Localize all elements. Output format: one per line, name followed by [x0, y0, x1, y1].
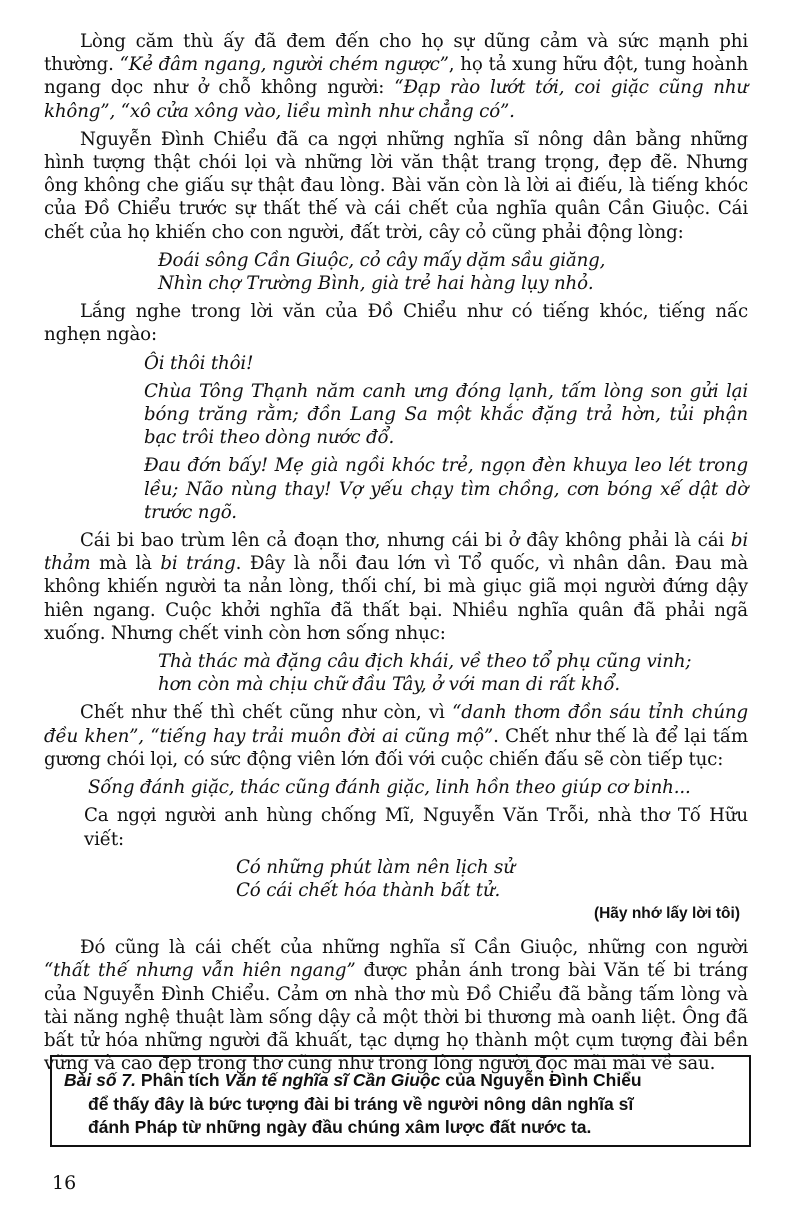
- quote: “Kẻ đâm ngang, người chém ngược”: [120, 54, 449, 75]
- emphasis: bi tráng: [160, 553, 235, 574]
- text: Phân tích: [136, 1070, 224, 1090]
- exercise-line-3: đánh Pháp từ những ngày đầu chúng xâm lư…: [88, 1116, 735, 1140]
- paragraph-5: Chết như thế thì chết cũng như còn, vì “…: [44, 701, 748, 771]
- paragraph-4: Cái bi bao trùm lên cả đoạn thơ, nhưng c…: [44, 529, 748, 645]
- paragraph-3: Lắng nghe trong lời văn của Đồ Chiểu như…: [44, 300, 748, 346]
- exercise-line-2: để thấy đây là bức tượng đài bi tráng về…: [88, 1093, 735, 1117]
- verse-line: Đoái sông Cần Giuộc, cỏ cây mấy dặm sầu …: [158, 249, 748, 272]
- verse-to-huu: Có những phút làm nên lịch sử Có cái chế…: [236, 856, 748, 902]
- verse-song-danh-giac: Sống đánh giặc, thác cũng đánh giặc, lin…: [88, 776, 748, 799]
- verse-line: Thà thác mà đặng câu địch khái, về theo …: [158, 650, 748, 673]
- page-number: 16: [52, 1172, 76, 1194]
- quote: “thất thế nhưng vẫn hiên ngang”: [44, 960, 356, 981]
- exercise-line-1: Bài số 7. Phân tích Văn tế nghĩa sĩ Cần …: [64, 1069, 735, 1093]
- quote-line: Đau đớn bấy! Mẹ già ngồi khóc trẻ, ngọn …: [144, 454, 748, 524]
- verse-cangiuoc: Đoái sông Cần Giuộc, cỏ cây mấy dặm sầu …: [158, 249, 748, 295]
- exercise-label: Bài số 7.: [64, 1070, 136, 1090]
- page-body: Lòng căm thù ấy đã đem đến cho họ sự dũn…: [44, 30, 748, 1080]
- text: của Nguyễn Đình Chiểu: [440, 1070, 641, 1090]
- exercise-box: Bài số 7. Phân tích Văn tế nghĩa sĩ Cần …: [50, 1055, 751, 1147]
- verse-line: hơn còn mà chịu chữ đầu Tây, ở với man d…: [158, 673, 748, 696]
- text: Cái bi bao trùm lên cả đoạn thơ, nhưng c…: [80, 530, 731, 551]
- verse-tha-thac: Thà thác mà đặng câu địch khái, về theo …: [158, 650, 748, 696]
- text: Đó cũng là cái chết của những nghĩa sĩ C…: [80, 937, 748, 958]
- quote-line: Chùa Tông Thạnh năm canh ưng đóng lạnh, …: [144, 380, 748, 450]
- paragraph-1: Lòng căm thù ấy đã đem đến cho họ sự dũn…: [44, 30, 748, 123]
- paragraph-2: Nguyễn Đình Chiểu đã ca ngợi những nghĩa…: [44, 128, 748, 244]
- paragraph-6: Ca ngợi người anh hùng chống Mĩ, Nguyễn …: [84, 804, 748, 850]
- text: mà là: [91, 553, 161, 574]
- text: Chết như thế thì chết cũng như còn, vì: [80, 702, 452, 723]
- quote-block-oi-thoi: Ôi thôi thôi! Chùa Tông Thạnh năm canh ư…: [144, 352, 748, 524]
- verse-line: Có những phút làm nên lịch sử: [236, 856, 748, 879]
- work-title: Văn tế nghĩa sĩ Cần Giuộc: [224, 1070, 440, 1090]
- quote-line: Ôi thôi thôi!: [144, 352, 748, 375]
- verse-line: Sống đánh giặc, thác cũng đánh giặc, lin…: [88, 776, 748, 799]
- verse-line: Có cái chết hóa thành bất tử.: [236, 879, 748, 902]
- poem-citation: (Hãy nhớ lấy lời tôi): [44, 904, 740, 924]
- verse-line: Nhìn chợ Trường Bình, già trẻ hai hàng l…: [158, 272, 748, 295]
